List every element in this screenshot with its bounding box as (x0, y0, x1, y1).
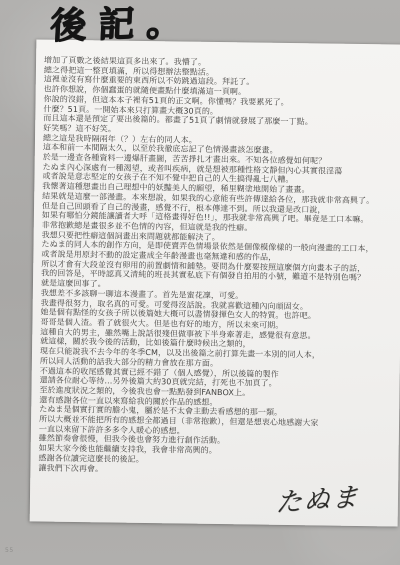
page-number: 55 (5, 547, 14, 554)
paper-sheet: 增加了頁數之後結果這頁多出來了。我懵了。總之得把這一整頁填滿，所以得想辦法整點活… (30, 39, 400, 526)
scanned-page: { "page": { "title": "後記。", "signature":… (0, 0, 400, 565)
page-title: 後記。 (49, 0, 195, 48)
afterword-text: 增加了頁數之後結果這頁多出來了。我懵了。總之得把這一整頁填滿，所以得想辦法整點活… (38, 56, 396, 478)
author-signature: たぬま (275, 476, 361, 519)
